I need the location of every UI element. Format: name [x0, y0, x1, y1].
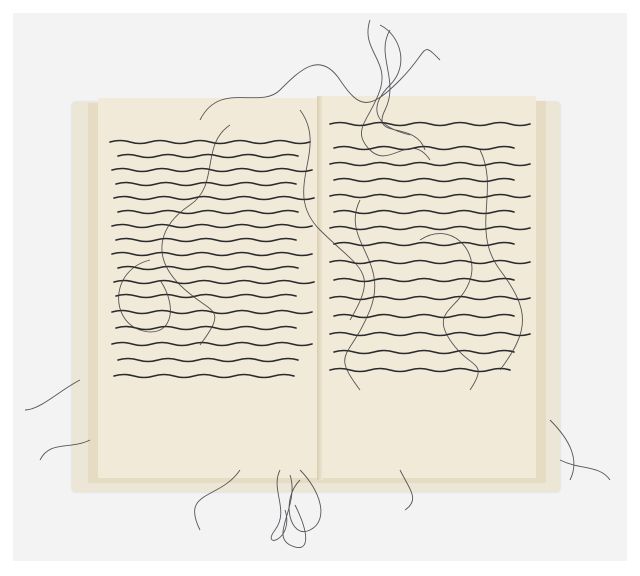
stitched-threads [0, 0, 640, 576]
